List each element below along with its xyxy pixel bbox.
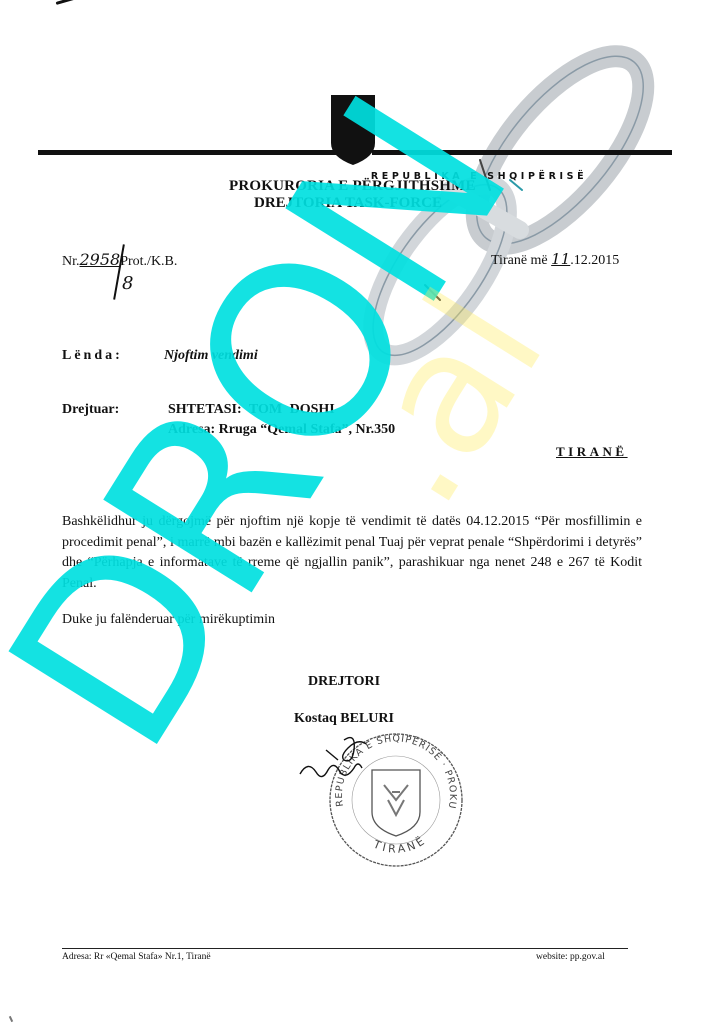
- stamp-bottom-text: TIRANË: [371, 833, 430, 855]
- reference-suffix: Prot./K.B.: [120, 254, 177, 269]
- signatory-title: DREJTORI: [308, 674, 380, 690]
- department-heading: DREJTORIA TASK-FORCE: [254, 195, 442, 212]
- organization-heading: PROKURORIA E PËRGJITHSHME: [229, 178, 476, 195]
- body-paragraph: Bashkëlidhur ju dërgojmë për njoftim një…: [62, 512, 642, 594]
- handwritten-signature-icon: [296, 730, 386, 790]
- subject-label: Lënda:: [62, 348, 123, 364]
- reference-sub-number: 8: [122, 273, 133, 294]
- document-date: Tiranë më 11.12.2015: [491, 250, 619, 269]
- addressee-address: Adresa: Rruga “Qemal Stafa”, Nr.350: [168, 422, 395, 438]
- scan-mark: [9, 1016, 13, 1022]
- subject-value: Njoftim vendimi: [164, 348, 258, 364]
- footer-address: Adresa: Rr «Qemal Stafa» Nr.1, Tiranë: [62, 952, 211, 962]
- footer-rule: [62, 948, 628, 949]
- pen-mark: [56, 0, 101, 5]
- footer-website: website: pp.gov.al: [536, 952, 605, 962]
- addressee-city: TIRANË: [556, 444, 628, 460]
- date-handwritten-day: 11: [551, 250, 570, 268]
- svg-text:TIRANË: TIRANË: [371, 833, 430, 855]
- header-rule-left: [38, 150, 336, 155]
- reference-prefix: Nr.: [62, 254, 80, 269]
- signatory-name: Kostaq BELURI: [294, 711, 394, 727]
- header-rule-right: [372, 150, 672, 155]
- closing-line: Duke ju falënderuar për mirëkuptimin: [62, 612, 275, 628]
- addressee-label: Drejtuar:: [62, 402, 119, 418]
- date-rest: .12.2015: [570, 253, 619, 268]
- addressee-name: SHTETASI: TOM DOSHI: [168, 402, 335, 418]
- reference-handwritten-number: 2958: [80, 250, 121, 269]
- coat-of-arms-emblem-icon: [330, 95, 376, 165]
- date-prefix: Tiranë më: [491, 253, 548, 268]
